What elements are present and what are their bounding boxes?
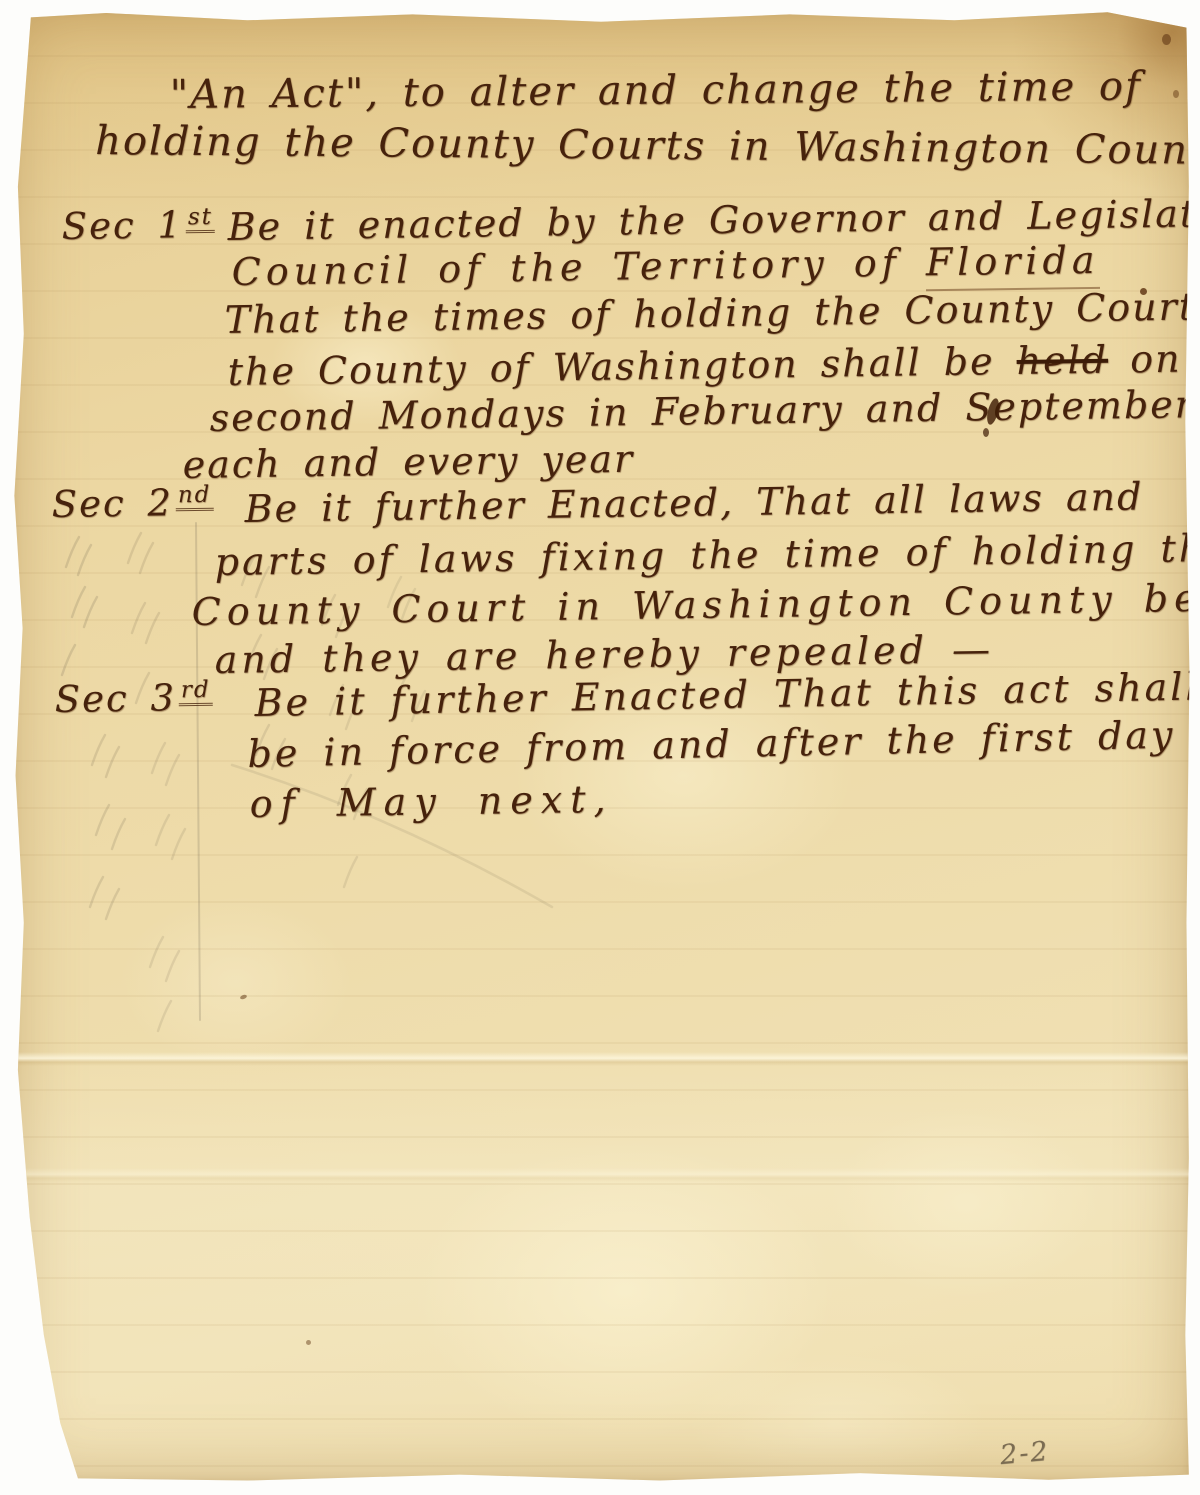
section-1-ordinal: st bbox=[186, 206, 215, 233]
section-2-line-2: parts of laws fixing the time of holding… bbox=[214, 526, 1200, 584]
ink-blot-small bbox=[983, 428, 989, 437]
struck-word-held: held bbox=[1016, 338, 1108, 383]
paper-speck bbox=[306, 1340, 311, 1345]
section-3-line-3: of May next, bbox=[249, 777, 613, 826]
fold-crease-upper bbox=[12, 1052, 1190, 1066]
edge-stain-speck bbox=[1162, 34, 1171, 45]
section-2-label: Sec 2nd bbox=[51, 481, 213, 526]
section-3-label: Sec 3rd bbox=[54, 676, 213, 721]
fold-crease-lower bbox=[12, 1168, 1190, 1182]
section-3-ordinal: rd bbox=[179, 679, 213, 706]
scan-background: "An Act", to alter and change the time o… bbox=[0, 0, 1200, 1495]
ink-speck bbox=[1140, 288, 1147, 295]
section-1-line-4-post: on the bbox=[1108, 335, 1200, 381]
place-name-florida: Florida bbox=[925, 238, 1099, 291]
section-1-line-6: each and every year bbox=[182, 437, 634, 487]
title-line-2: holding the County Courts in Washington … bbox=[95, 118, 1200, 174]
title-line-1: "An Act", to alter and change the time o… bbox=[170, 64, 1142, 118]
section-2-label-text: Sec 2 bbox=[51, 481, 173, 526]
manuscript-page: "An Act", to alter and change the time o… bbox=[12, 10, 1190, 1482]
pencil-speck bbox=[240, 994, 248, 1000]
section-2-ordinal: nd bbox=[176, 484, 214, 512]
section-1-label-text: Sec 1 bbox=[61, 203, 183, 248]
section-3-label-text: Sec 3 bbox=[54, 676, 176, 721]
section-1-line-2-text: Council of the Territory of bbox=[231, 240, 926, 294]
page-number-annotation: 2-2 bbox=[999, 1436, 1051, 1471]
section-2-line-3: County Court in Washington County be bbox=[191, 576, 1200, 634]
edge-stain-speck-2 bbox=[1173, 90, 1179, 98]
section-1-label: Sec 1st bbox=[61, 203, 215, 248]
